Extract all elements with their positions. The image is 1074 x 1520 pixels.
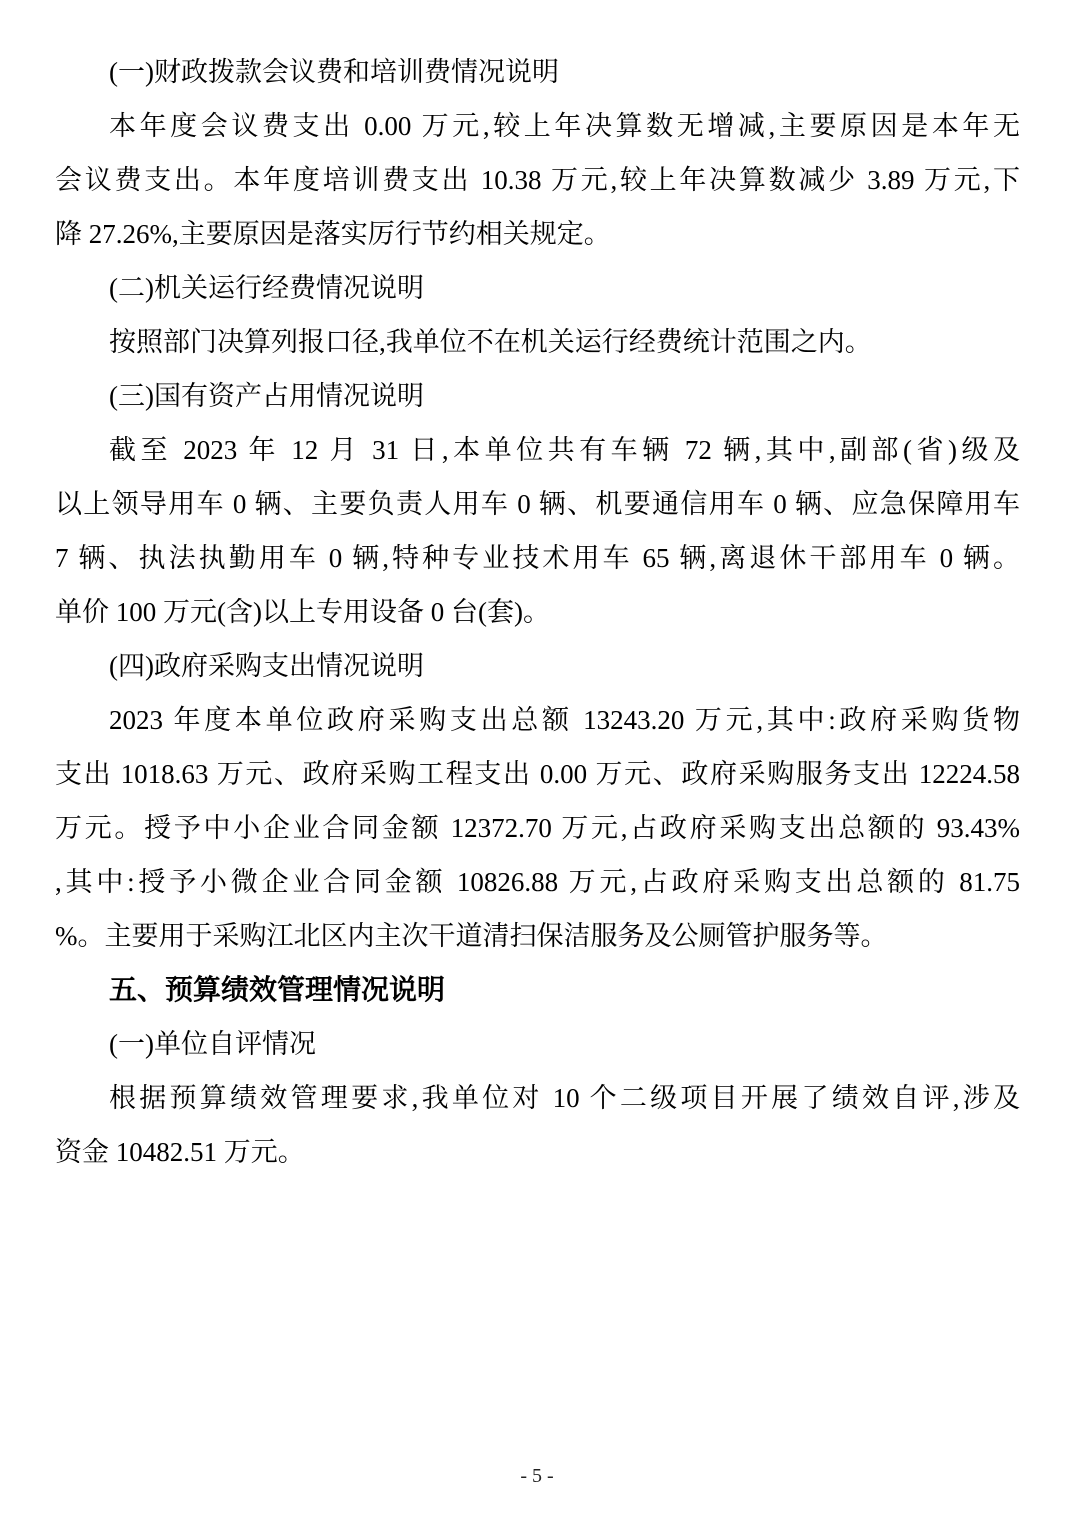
subsection-heading: (四)政府采购支出情况说明 <box>55 639 1020 693</box>
paragraph-line: 单价 100 万元(含)以上专用设备 0 台(套)。 <box>55 585 1020 639</box>
subsection-heading: (二)机关运行经费情况说明 <box>55 261 1020 315</box>
paragraph-line: ,其中:授予小微企业合同金额 10826.88 万元,占政府采购支出总额的 81… <box>55 855 1020 909</box>
paragraph-line: 本年度会议费支出 0.00 万元,较上年决算数无增减,主要原因是本年无 <box>55 99 1020 153</box>
paragraph-line: 资金 10482.51 万元。 <box>55 1125 1020 1179</box>
subsection-heading: (三)国有资产占用情况说明 <box>55 369 1020 423</box>
paragraph-line: 降 27.26%,主要原因是落实厉行节约相关规定。 <box>55 207 1020 261</box>
document-page: (一)财政拨款会议费和培训费情况说明 本年度会议费支出 0.00 万元,较上年决… <box>0 0 1074 1520</box>
paragraph-line: 万元。授予中小企业合同金额 12372.70 万元,占政府采购支出总额的 93.… <box>55 801 1020 855</box>
paragraph-line: %。主要用于采购江北区内主次干道清扫保洁服务及公厕管护服务等。 <box>55 909 1020 963</box>
paragraph-line: 以上领导用车 0 辆、主要负责人用车 0 辆、机要通信用车 0 辆、应急保障用车 <box>55 477 1020 531</box>
subsection-heading: (一)单位自评情况 <box>55 1017 1020 1071</box>
paragraph-line: 2023 年度本单位政府采购支出总额 13243.20 万元,其中:政府采购货物 <box>55 693 1020 747</box>
paragraph-line: 会议费支出。本年度培训费支出 10.38 万元,较上年决算数减少 3.89 万元… <box>55 153 1020 207</box>
paragraph-line: 截至 2023 年 12 月 31 日,本单位共有车辆 72 辆,其中,副部(省… <box>55 423 1020 477</box>
section-heading: 五、预算绩效管理情况说明 <box>55 963 1020 1017</box>
paragraph-line: 支出 1018.63 万元、政府采购工程支出 0.00 万元、政府采购服务支出 … <box>55 747 1020 801</box>
document-body: (一)财政拨款会议费和培训费情况说明 本年度会议费支出 0.00 万元,较上年决… <box>55 45 1020 1179</box>
paragraph-line: 根据预算绩效管理要求,我单位对 10 个二级项目开展了绩效自评,涉及 <box>55 1071 1020 1125</box>
paragraph-line: 7 辆、执法执勤用车 0 辆,特种专业技术用车 65 辆,离退休干部用车 0 辆… <box>55 531 1020 585</box>
paragraph-line: 按照部门决算列报口径,我单位不在机关运行经费统计范围之内。 <box>55 315 1020 369</box>
subsection-heading: (一)财政拨款会议费和培训费情况说明 <box>55 45 1020 99</box>
page-number: - 5 - <box>0 1462 1074 1490</box>
